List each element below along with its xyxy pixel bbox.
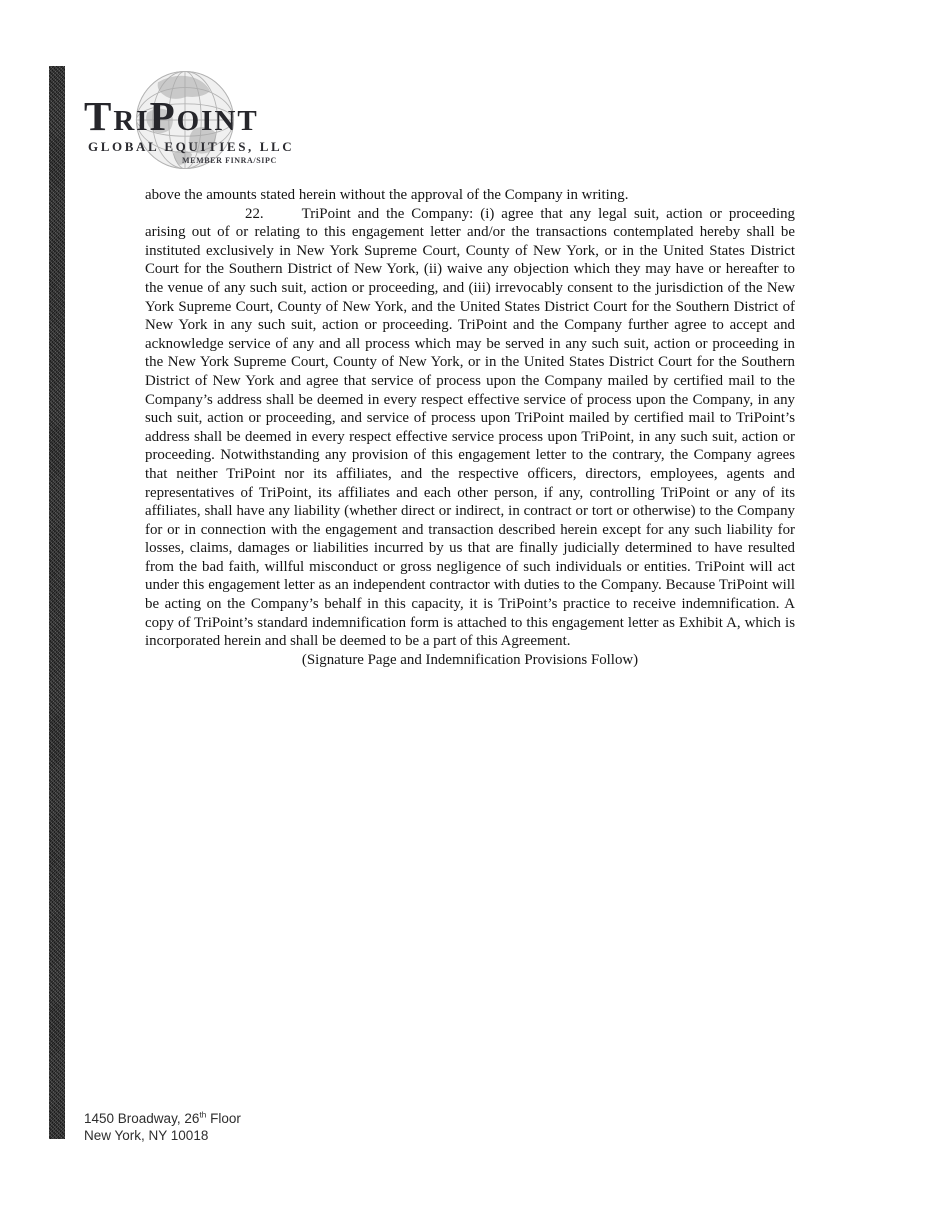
clause-number: 22. [245, 206, 264, 222]
signature-note: (Signature Page and Indemnification Prov… [145, 651, 795, 670]
scan-artifact-bar [49, 66, 65, 1139]
logo-brand-text: TriPoint [84, 96, 259, 137]
document-body: above the amounts stated herein without … [145, 186, 795, 669]
footer-address-line2: New York, NY 10018 [84, 1127, 241, 1144]
footer-address-line1: 1450 Broadway, 26th Floor [84, 1110, 241, 1127]
logo-member-line: MEMBER FINRA/SIPC [182, 156, 277, 165]
intro-line: above the amounts stated herein without … [145, 186, 795, 205]
logo-subtitle: GLOBAL EQUITIES, LLC [88, 139, 294, 155]
clause-body-text: TriPoint and the Company: (i) agree that… [145, 206, 795, 650]
clause-22-paragraph: 22.TriPoint and the Company: (i) agree t… [145, 205, 795, 651]
footer-address: 1450 Broadway, 26th Floor New York, NY 1… [84, 1110, 241, 1144]
